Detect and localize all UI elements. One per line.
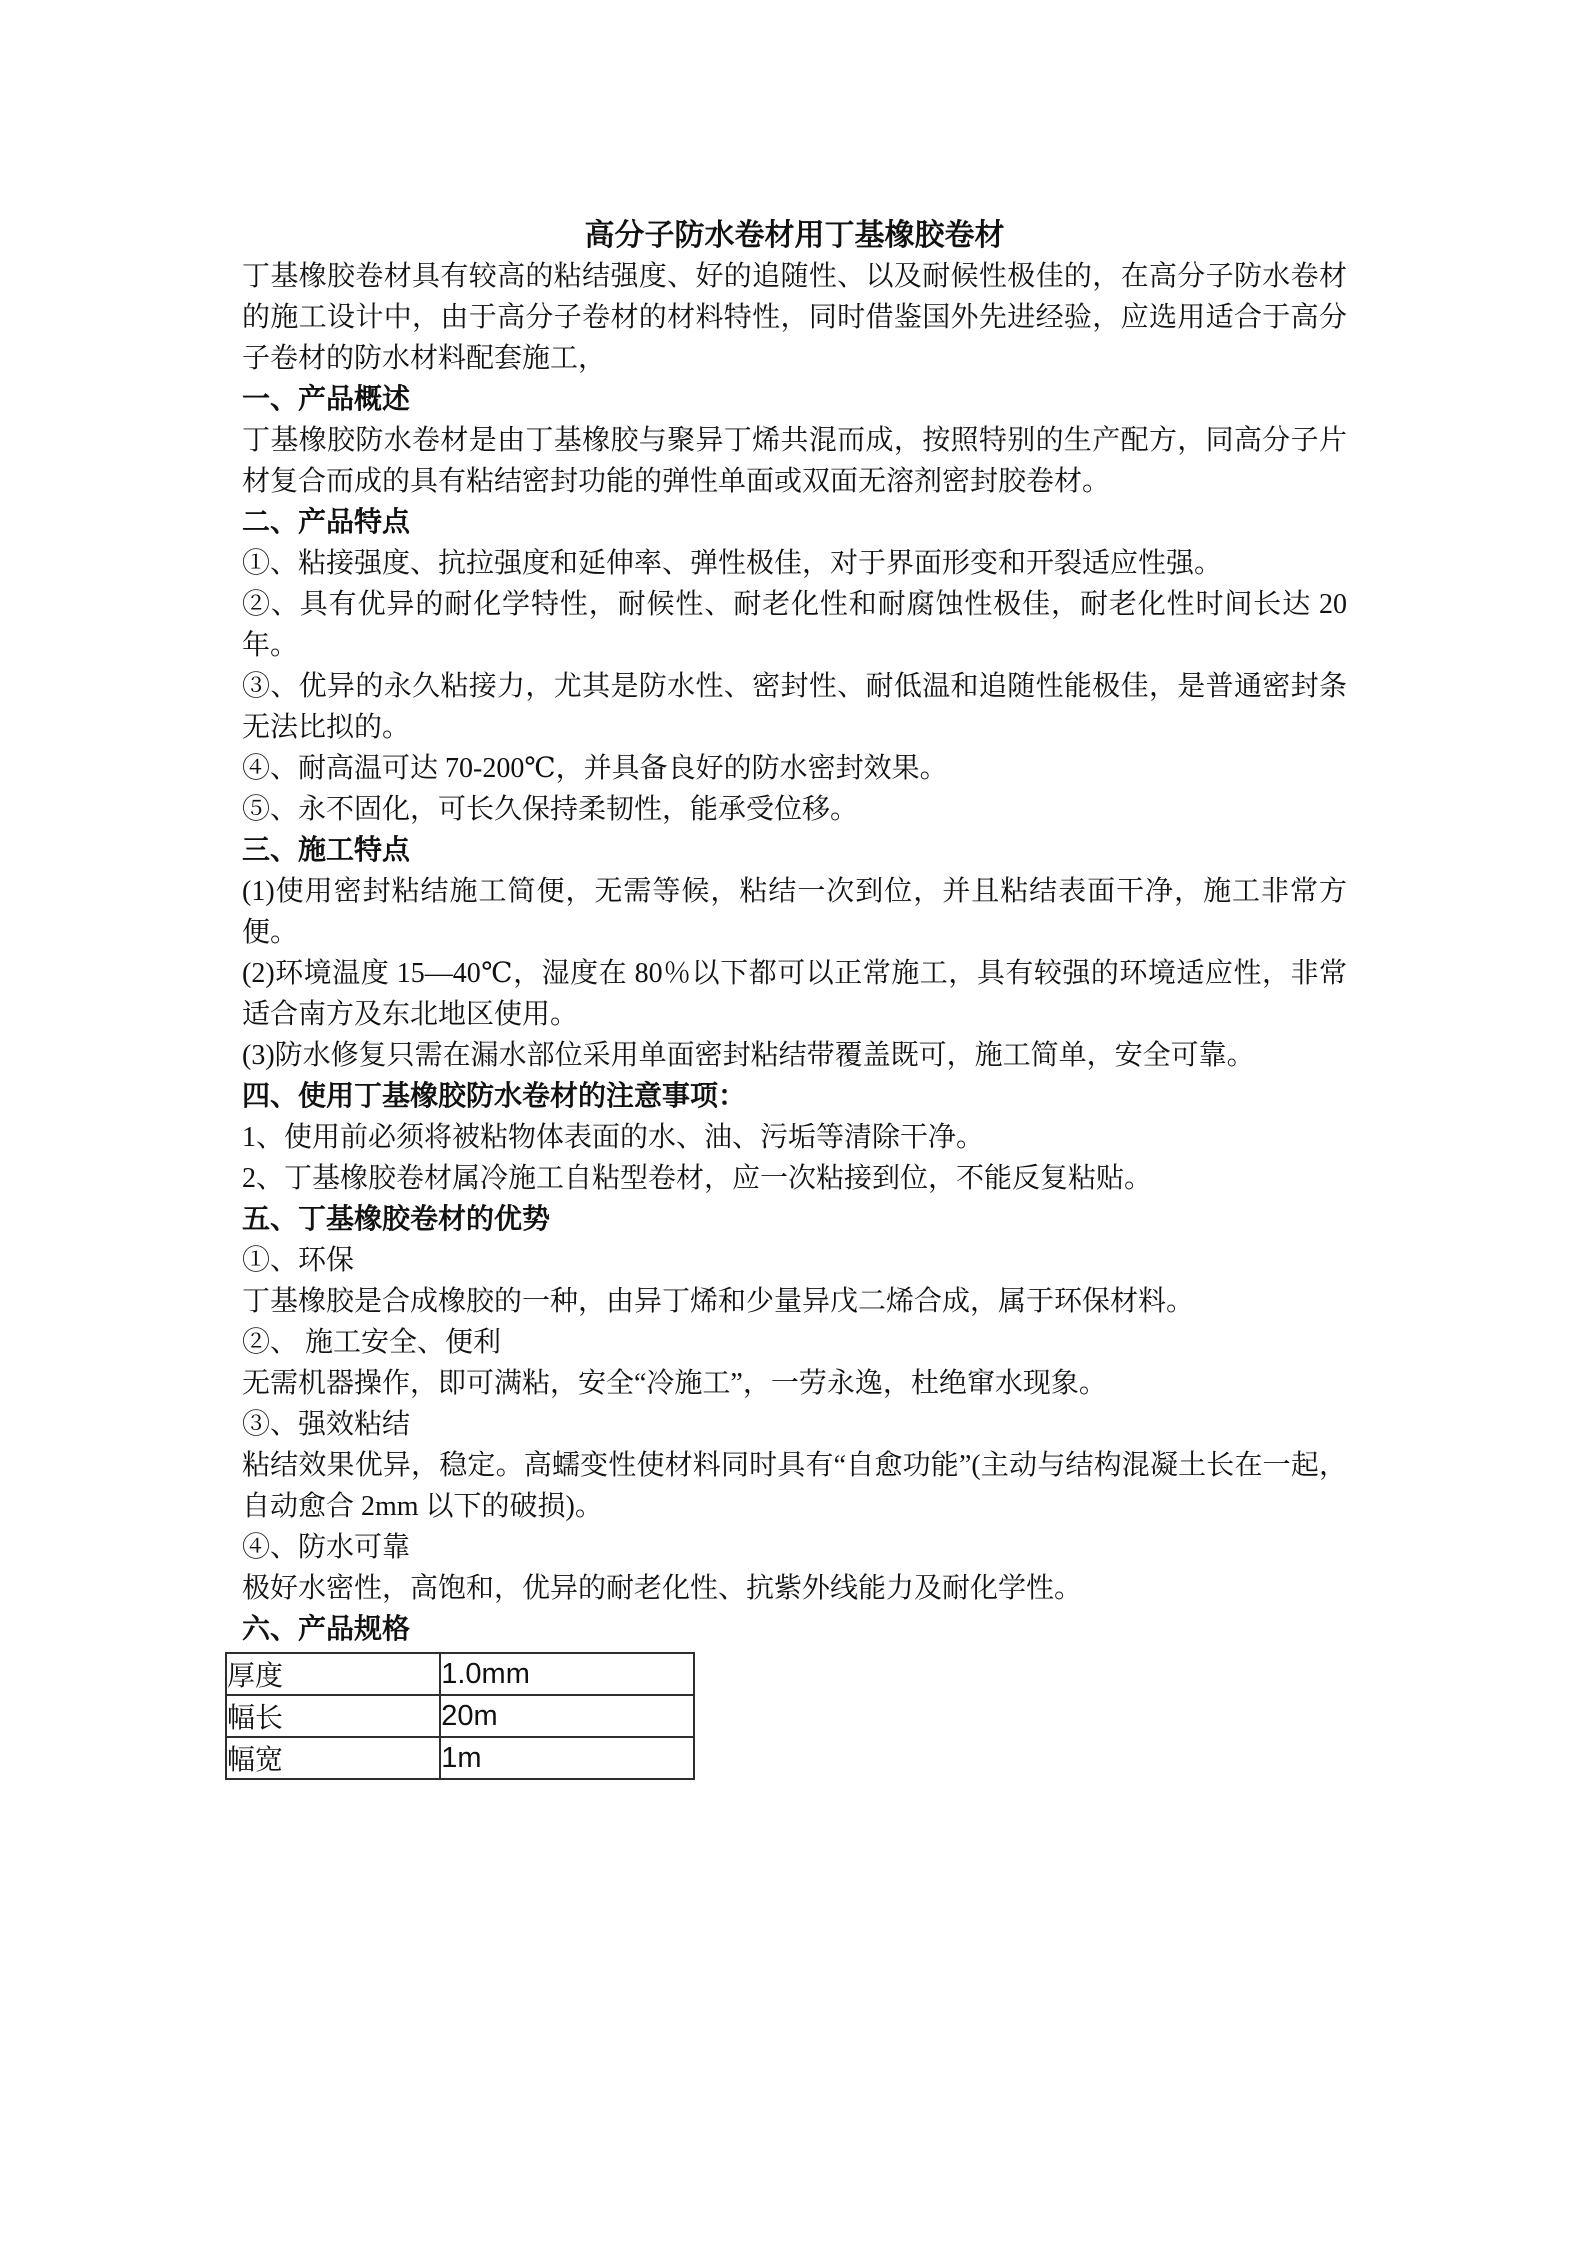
paragraph: 粘结效果优异，稳定。高蠕变性使材料同时具有“自愈功能”(主动与结构混凝土长在一起…	[242, 1445, 1347, 1527]
section-heading-1: 一、产品概述	[242, 379, 1347, 420]
paragraph: ⑤、永不固化，可长久保持柔韧性，能承受位移。	[242, 789, 1347, 830]
table-row: 厚度 1.0mm	[226, 1653, 694, 1695]
table-row: 幅宽 1m	[226, 1737, 694, 1779]
spec-row-label: 幅长	[226, 1695, 440, 1737]
section-heading-5: 五、丁基橡胶卷材的优势	[242, 1199, 1347, 1240]
document-page: 高分子防水卷材用丁基橡胶卷材 丁基橡胶卷材具有较高的粘结强度、好的追随性、以及耐…	[0, 0, 1587, 2245]
section-heading-2: 二、产品特点	[242, 502, 1347, 543]
paragraph: 极好水密性，高饱和，优异的耐老化性、抗紫外线能力及耐化学性。	[242, 1568, 1347, 1609]
spec-row-label: 幅宽	[226, 1737, 440, 1779]
paragraph: ④、耐高温可达 70-200℃，并具备良好的防水密封效果。	[242, 748, 1347, 789]
paragraph: (2)环境温度 15—40℃，湿度在 80％以下都可以正常施工，具有较强的环境适…	[242, 953, 1347, 1035]
paragraph: 2、丁基橡胶卷材属冷施工自粘型卷材，应一次粘接到位，不能反复粘贴。	[242, 1158, 1347, 1199]
spec-row-value: 1m	[440, 1737, 694, 1779]
paragraph: ③、强效粘结	[242, 1404, 1347, 1445]
spec-row-value: 20m	[440, 1695, 694, 1737]
section-heading-3: 三、施工特点	[242, 830, 1347, 871]
spec-table: 厚度 1.0mm 幅长 20m 幅宽 1m	[225, 1652, 695, 1780]
spec-row-label: 厚度	[226, 1653, 440, 1695]
intro-paragraph: 丁基橡胶卷材具有较高的粘结强度、好的追随性、以及耐候性极佳的，在高分子防水卷材的…	[242, 256, 1347, 379]
spec-row-value: 1.0mm	[440, 1653, 694, 1695]
paragraph: 丁基橡胶防水卷材是由丁基橡胶与聚异丁烯共混而成，按照特别的生产配方，同高分子片材…	[242, 420, 1347, 502]
section-heading-4: 四、使用丁基橡胶防水卷材的注意事项：	[242, 1076, 1347, 1117]
paragraph: ④、防水可靠	[242, 1527, 1347, 1568]
document-content: 高分子防水卷材用丁基橡胶卷材 丁基橡胶卷材具有较高的粘结强度、好的追随性、以及耐…	[242, 215, 1347, 1780]
table-row: 幅长 20m	[226, 1695, 694, 1737]
paragraph: 1、使用前必须将被粘物体表面的水、油、污垢等清除干净。	[242, 1117, 1347, 1158]
paragraph: ②、 施工安全、便利	[242, 1322, 1347, 1363]
paragraph: ②、具有优异的耐化学特性，耐候性、耐老化性和耐腐蚀性极佳，耐老化性时间长达 20…	[242, 584, 1347, 666]
section-heading-6: 六、产品规格	[242, 1609, 1347, 1650]
paragraph: (1)使用密封粘结施工简便，无需等候，粘结一次到位，并且粘结表面干净，施工非常方…	[242, 871, 1347, 953]
doc-title: 高分子防水卷材用丁基橡胶卷材	[242, 215, 1347, 256]
paragraph: ③、优异的永久粘接力，尤其是防水性、密封性、耐低温和追随性能极佳，是普通密封条无…	[242, 666, 1347, 748]
paragraph: 丁基橡胶是合成橡胶的一种，由异丁烯和少量异戊二烯合成，属于环保材料。	[242, 1281, 1347, 1322]
paragraph: (3)防水修复只需在漏水部位采用单面密封粘结带覆盖既可，施工简单，安全可靠。	[242, 1035, 1347, 1076]
paragraph: 无需机器操作，即可满粘，安全“冷施工”，一劳永逸，杜绝窜水现象。	[242, 1363, 1347, 1404]
paragraph: ①、环保	[242, 1240, 1347, 1281]
paragraph: ①、粘接强度、抗拉强度和延伸率、弹性极佳，对于界面形变和开裂适应性强。	[242, 543, 1347, 584]
